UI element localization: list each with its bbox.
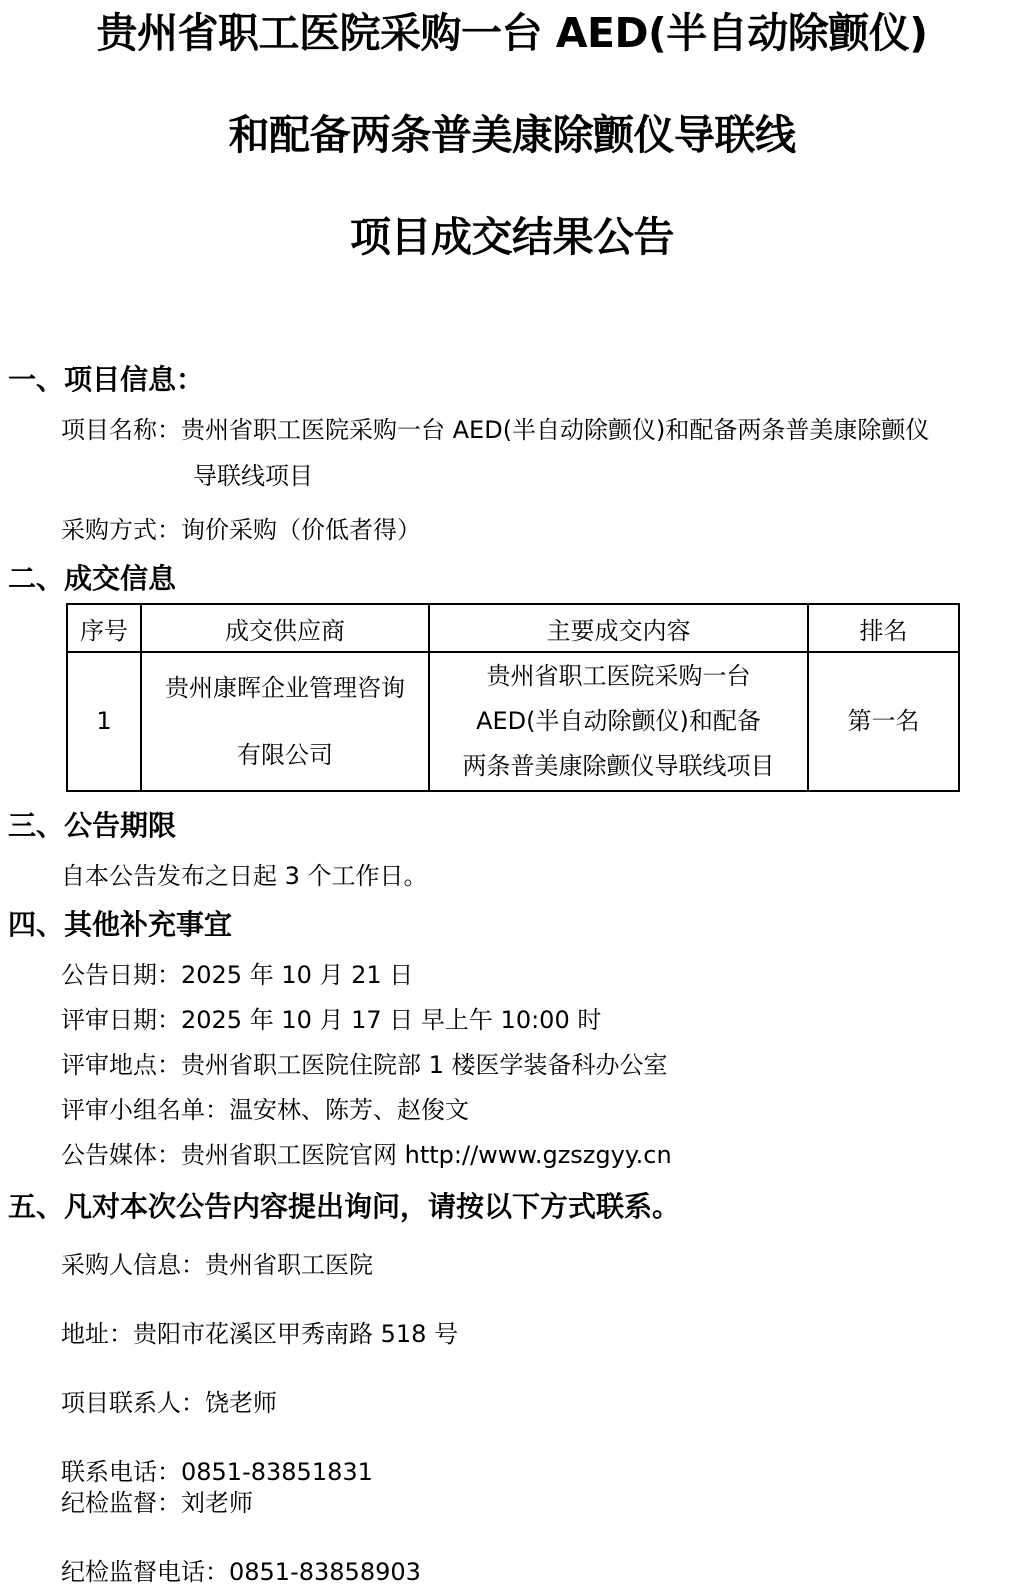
header-rank: 排名 <box>808 604 959 652</box>
review-place: 评审地点：贵州省职工医院住院部 1 楼医学装备科办公室 <box>61 1049 668 1081</box>
cell-supplier: 贵州康晖企业管理咨询 有限公司 <box>141 652 429 791</box>
procurement-method-label: 采购方式： <box>61 516 181 544</box>
review-panel: 评审小组名单：温安林、陈芳、赵俊文 <box>61 1094 469 1126</box>
supplier-line-2: 有限公司 <box>142 733 428 778</box>
section-heading-other: 四、其他补充事宜 <box>8 907 232 943</box>
announce-media: 公告媒体：贵州省职工医院官网 http://www.gzszgyy.cn <box>61 1139 672 1171</box>
title-line-2: 和配备两条普美康除颤仪导联线 <box>0 110 1024 160</box>
period-text: 自本公告发布之日起 3 个工作日。 <box>61 860 428 892</box>
header-supplier: 成交供应商 <box>141 604 429 652</box>
section-heading-contact: 五、凡对本次公告内容提出询问，请按以下方式联系。 <box>8 1189 680 1225</box>
supervisor-phone: 纪检监督电话：0851-83858903 <box>61 1556 421 1588</box>
title-line-1: 贵州省职工医院采购一台 AED(半自动除颤仪) <box>0 8 1024 58</box>
content-line-2: AED(半自动除颤仪)和配备 <box>430 699 807 744</box>
deal-table: 序号 成交供应商 主要成交内容 排名 1 贵州康晖企业管理咨询 有限公司 贵州省… <box>66 603 960 792</box>
address: 地址：贵阳市花溪区甲秀南路 518 号 <box>61 1318 458 1350</box>
project-name-value-line1: 贵州省职工医院采购一台 AED(半自动除颤仪)和配备两条普美康除颤仪 <box>181 416 929 444</box>
section-heading-deal-info: 二、成交信息 <box>8 561 176 597</box>
supervisor: 纪检监督：刘老师 <box>61 1487 253 1519</box>
procurement-method-value: 询价采购（价低者得） <box>181 516 421 544</box>
project-name: 项目名称：贵州省职工医院采购一台 AED(半自动除颤仪)和配备两条普美康除颤仪 … <box>61 414 929 492</box>
procurement-method: 采购方式：询价采购（价低者得） <box>61 514 421 546</box>
cell-index: 1 <box>67 652 141 791</box>
content-line-3: 两条普美康除颤仪导联线项目 <box>430 744 807 789</box>
purchaser-info: 采购人信息：贵州省职工医院 <box>61 1249 373 1281</box>
project-name-value-line2: 导联线项目 <box>61 460 929 492</box>
supplier-line-1: 贵州康晖企业管理咨询 <box>142 666 428 711</box>
header-index: 序号 <box>67 604 141 652</box>
section-heading-period: 三、公告期限 <box>8 808 176 844</box>
project-contact: 项目联系人：饶老师 <box>61 1387 277 1419</box>
content-line-1: 贵州省职工医院采购一台 <box>430 654 807 699</box>
review-date: 评审日期：2025 年 10 月 17 日 早上午 10:00 时 <box>61 1004 601 1036</box>
contact-phone: 联系电话：0851-83851831 <box>61 1456 373 1488</box>
announce-date: 公告日期：2025 年 10 月 21 日 <box>61 959 413 991</box>
section-heading-project-info: 一、项目信息： <box>8 362 204 398</box>
title-line-3: 项目成交结果公告 <box>0 212 1024 262</box>
cell-rank: 第一名 <box>808 652 959 791</box>
table-row: 1 贵州康晖企业管理咨询 有限公司 贵州省职工医院采购一台 AED(半自动除颤仪… <box>67 652 959 791</box>
cell-content: 贵州省职工医院采购一台 AED(半自动除颤仪)和配备 两条普美康除颤仪导联线项目 <box>429 652 808 791</box>
table-header-row: 序号 成交供应商 主要成交内容 排名 <box>67 604 959 652</box>
project-name-label: 项目名称： <box>61 416 181 444</box>
header-content: 主要成交内容 <box>429 604 808 652</box>
